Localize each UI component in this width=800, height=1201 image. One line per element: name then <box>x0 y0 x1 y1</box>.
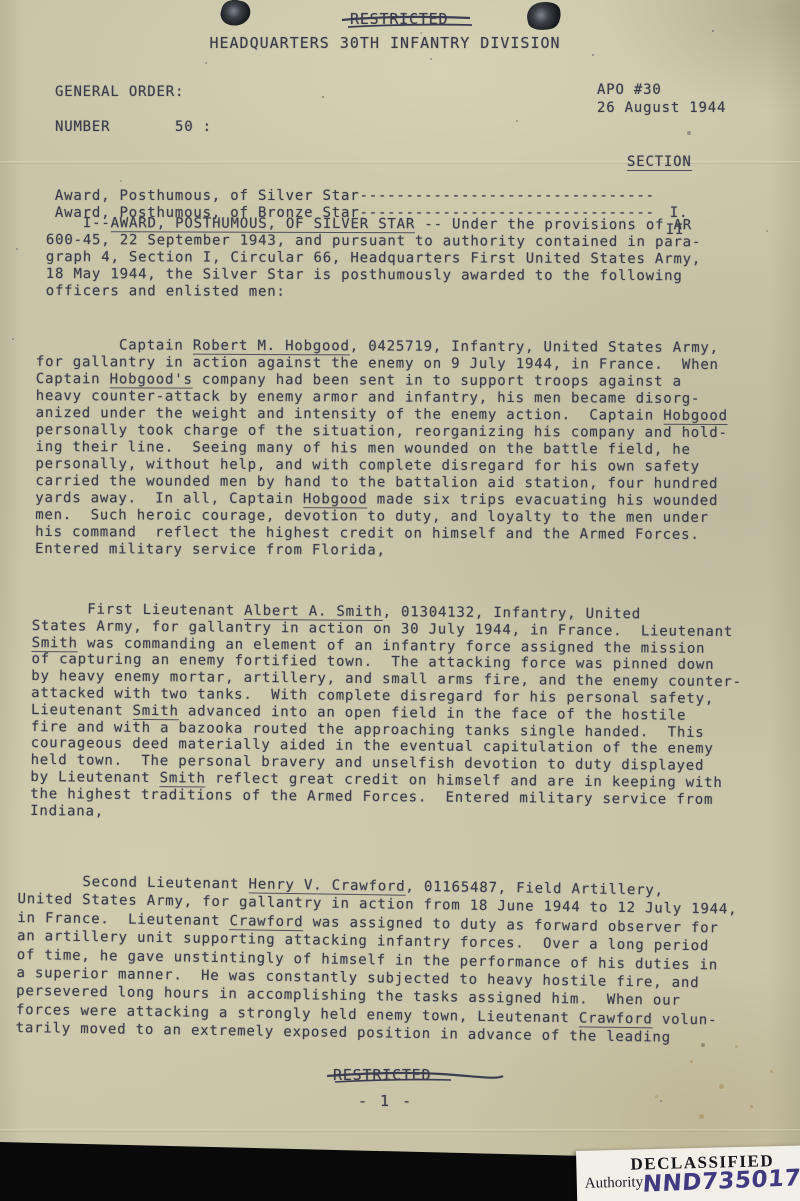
apo-number: APO #30 <box>597 82 662 98</box>
silver-star-intro-paragraph: I--AWARD, POSTHUMOUS, OF SILVER STAR -- … <box>46 215 758 302</box>
scanned-document-page: RESTRICTED HEADQUARTERS 30TH INFANTRY DI… <box>0 0 800 1201</box>
classification-text: RESTRICTED <box>333 1066 431 1084</box>
smith-citation-paragraph: First Lieutenant Albert A. Smith, 013041… <box>30 601 784 826</box>
order-number-line: NUMBER 50 : <box>55 119 212 135</box>
order-date: 26 August 1944 <box>597 100 726 116</box>
hole-punch-right <box>524 0 563 33</box>
page-number: - 1 - <box>358 1092 413 1110</box>
page-title: HEADQUARTERS 30TH INFANTRY DIVISION <box>150 34 620 52</box>
general-order-label: GENERAL ORDER: <box>55 84 184 100</box>
crawford-citation-paragraph: Second Lieutenant Henry V. Crawford, 011… <box>16 872 790 1049</box>
declassified-stamp: DECLASSIFIED AuthorityNND735017 <box>576 1145 800 1201</box>
authority-handwritten-value: NND735017 <box>642 1169 800 1194</box>
classification-stamp-top: RESTRICTED <box>350 10 448 28</box>
section-column-heading: SECTION <box>627 154 692 171</box>
hole-punch-left <box>218 0 252 29</box>
classification-text: RESTRICTED <box>350 10 448 28</box>
paper-crease-bottom <box>0 1129 800 1132</box>
classification-stamp-bottom: RESTRICTED <box>333 1066 431 1084</box>
rust-stains <box>690 1060 693 1063</box>
authority-label: Authority <box>585 1174 644 1191</box>
hobgood-citation-paragraph: Captain Robert M. Hobgood, 0425719, Infa… <box>35 337 766 561</box>
ink-specks <box>322 96 324 98</box>
